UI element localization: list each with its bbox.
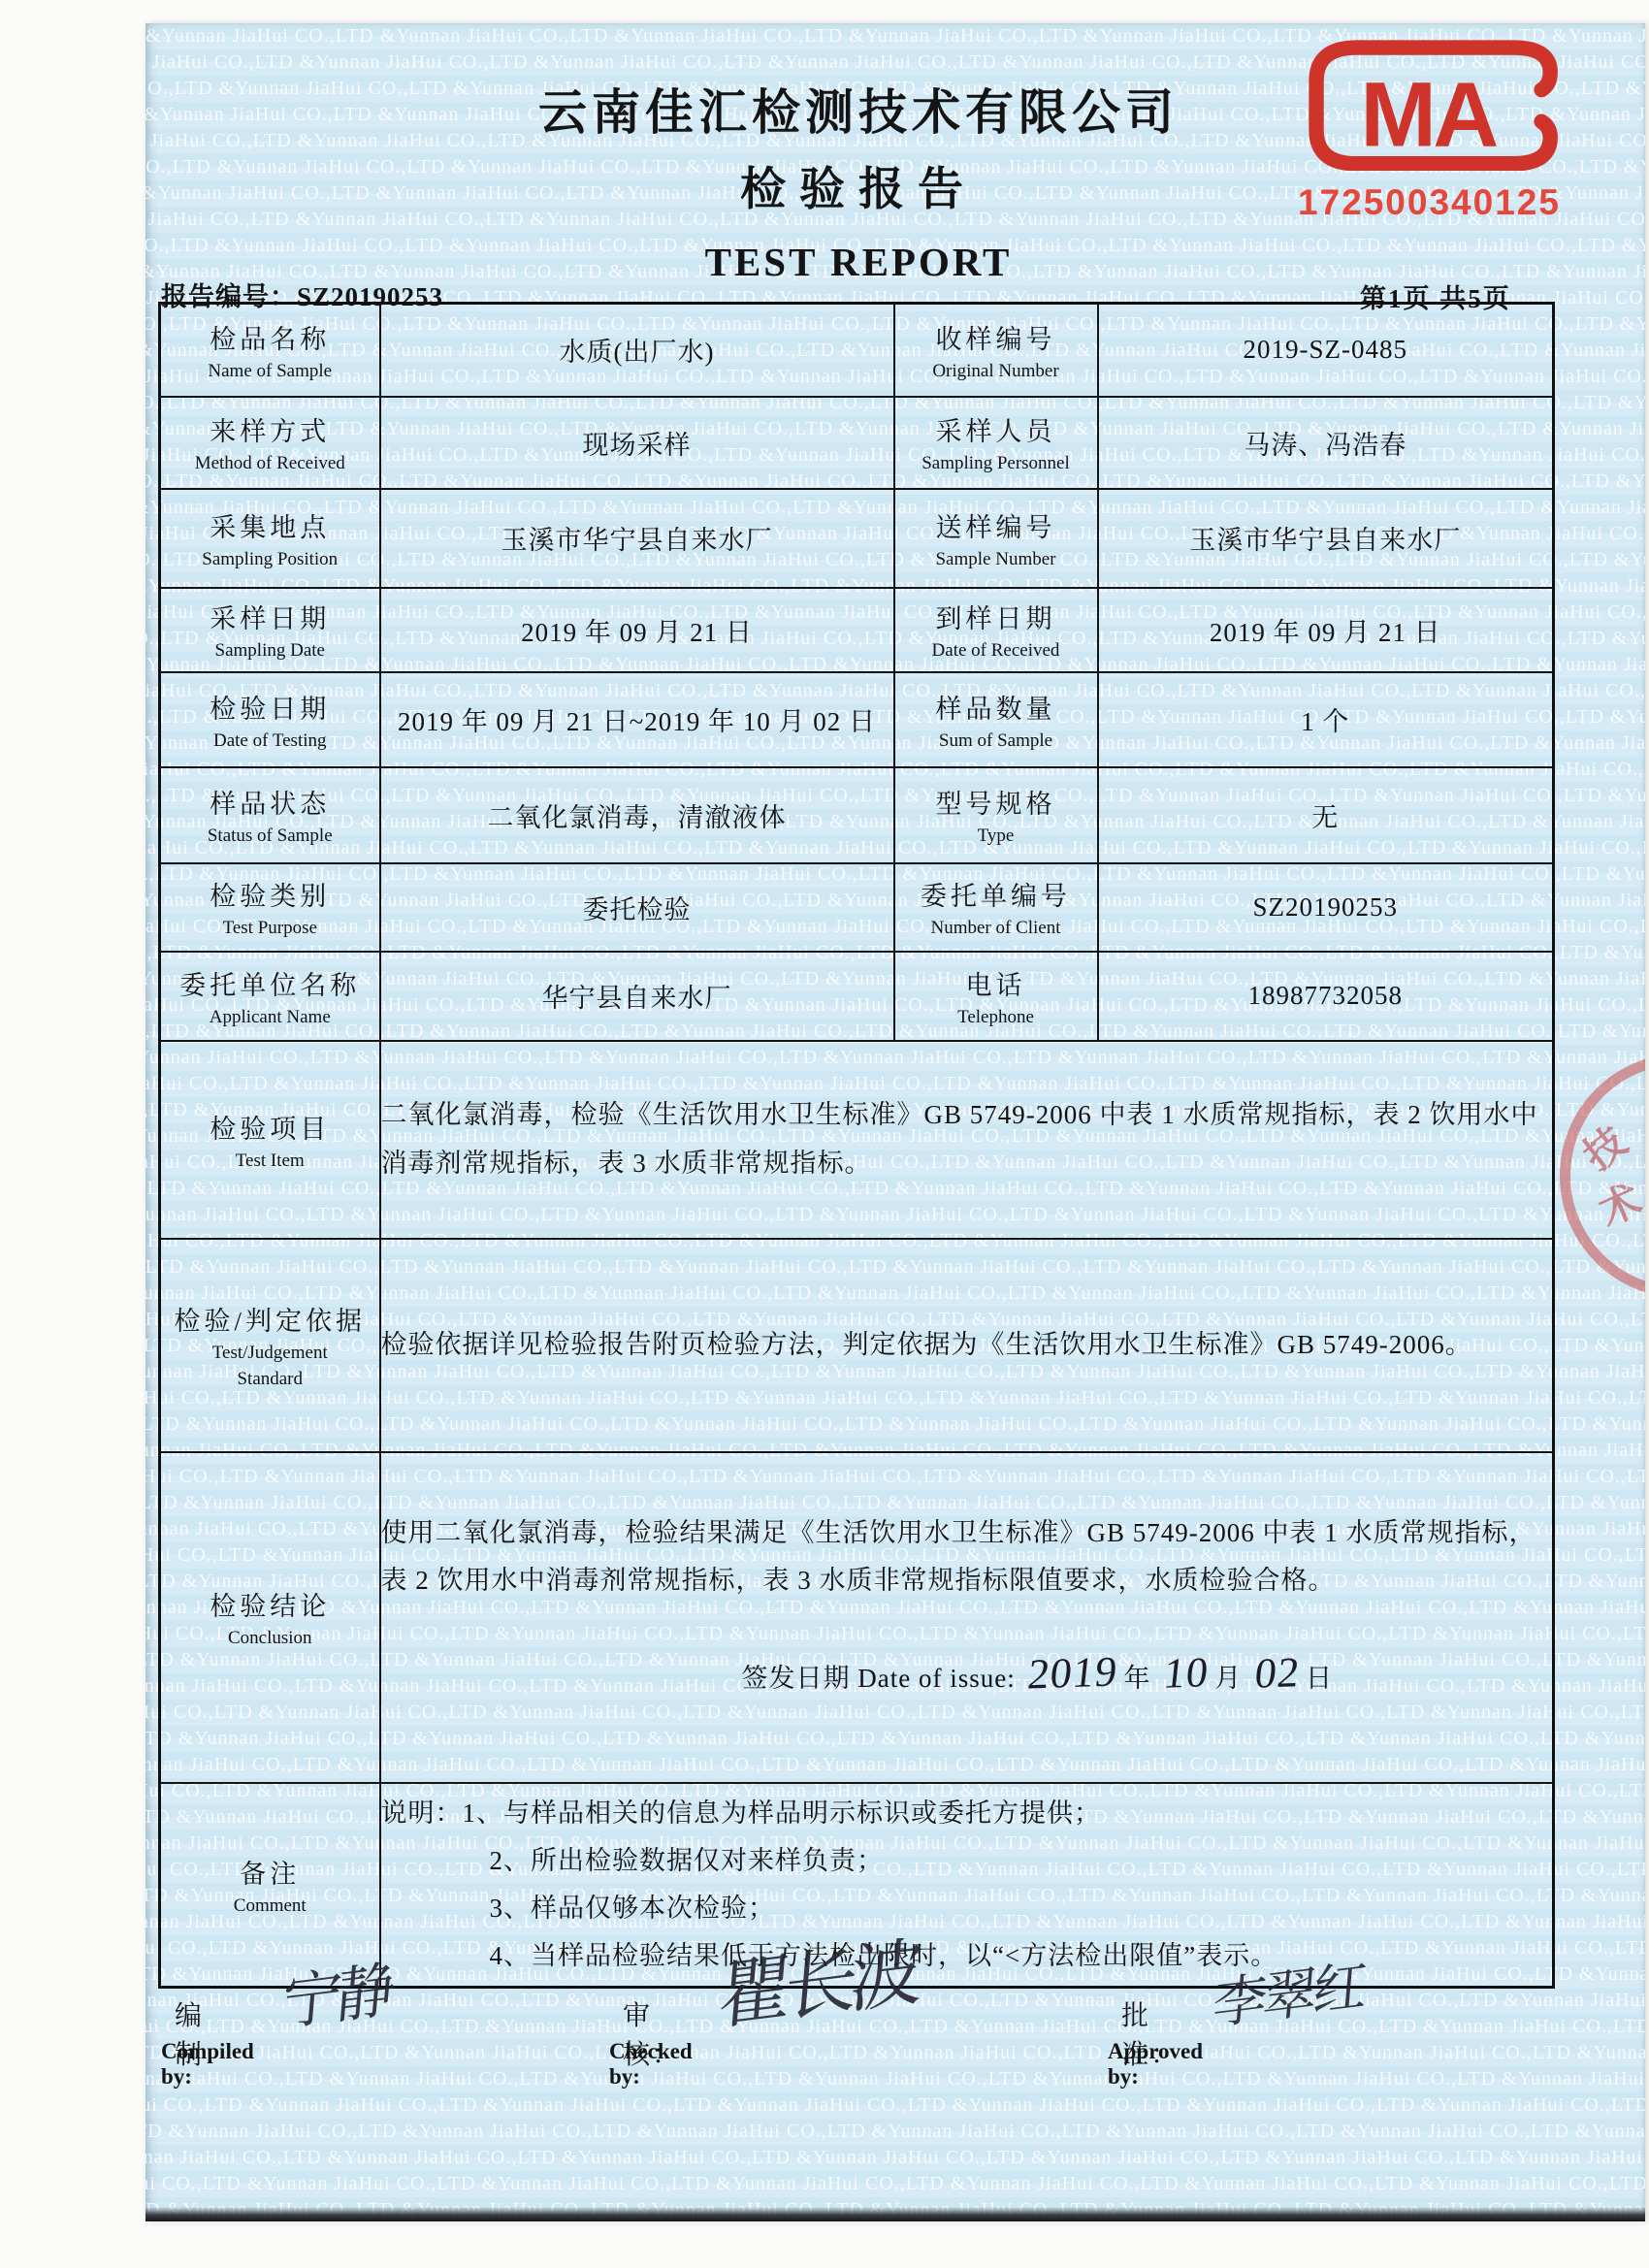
row-label-cn: 采集地点 [161, 506, 379, 544]
table-row: 检验日期Date of Testing 2019 年 09 月 21 日~201… [160, 672, 1554, 767]
table-row: 样品状态Status of Sample 二氧化氯消毒，清澈液体 型号规格Typ… [160, 767, 1554, 863]
report-page: &Yunnan JiaHui CO.,LTD &Yunnan JiaHui CO… [145, 23, 1645, 2221]
row-label2-cn: 委托单编号 [895, 875, 1097, 913]
row-label2-cn: 电话 [895, 964, 1097, 1002]
row-label2-cn: 送样编号 [895, 506, 1097, 544]
row-value: 玉溪市华宁县自来水厂 [380, 489, 894, 588]
row-label2-cn: 型号规格 [895, 783, 1097, 821]
month-unit: 月 [1214, 1664, 1242, 1693]
test-item-text: 二氧化氯消毒，检验《生活饮用水卫生标准》GB 5749-2006 中表 1 水质… [380, 1041, 1554, 1239]
row-label-en: Date of Testing [161, 730, 379, 752]
row-label-en: Method of Received [161, 453, 379, 474]
row-label-cn: 委托单位名称 [161, 964, 379, 1002]
table-row: 检验类别Test Purpose 委托检验 委托单编号Number of Cli… [160, 863, 1554, 952]
row-label-en: Applicant Name [161, 1007, 379, 1028]
row-label2-cn: 采样人员 [895, 410, 1097, 448]
row-label-cn: 检验/判定依据 [161, 1300, 379, 1338]
comment-note-2: 2、所出检验数据仅对来样负责； [381, 1837, 1553, 1885]
approved-by-signature: 李翠红 [1211, 1960, 1366, 2033]
cma-ma-text: MA [1360, 64, 1497, 166]
row-label2-en: Type [895, 826, 1097, 847]
row-label-cn: 来样方式 [161, 410, 379, 448]
table-row-conclusion: 检验结论Conclusion 使用二氧化氯消毒，检验结果满足《生活饮用水卫生标准… [160, 1452, 1554, 1783]
comment-note-3: 3、样品仅够本次检验； [381, 1885, 1553, 1932]
table-row-standard: 检验/判定依据Test/JudgementStandard 检验依据详见检验报告… [160, 1239, 1554, 1452]
row-value2: 18987732058 [1098, 952, 1554, 1041]
table-row: 检品名称Name of Sample 水质(出厂水) 收样编号Original … [160, 304, 1554, 397]
row-label-cn: 检品名称 [161, 318, 379, 356]
report-table: 检品名称Name of Sample 水质(出厂水) 收样编号Original … [158, 302, 1555, 1989]
row-label-en: Test/Judgement [161, 1343, 379, 1364]
row-label-en: Test Purpose [161, 918, 379, 939]
row-label-en: Status of Sample [161, 826, 379, 847]
compiled-by-signature: 宁静 [279, 1960, 393, 2035]
row-value2: 玉溪市华宁县自来水厂 [1098, 489, 1554, 588]
scanned-test-report: &Yunnan JiaHui CO.,LTD &Yunnan JiaHui CO… [0, 0, 1649, 2268]
row-label2-cn: 到样日期 [895, 598, 1097, 635]
issue-year-handwritten: 2019 [1026, 1651, 1120, 1697]
issue-month-handwritten: 10 [1162, 1652, 1212, 1697]
row-value2: 2019-SZ-0485 [1098, 304, 1554, 397]
row-label-en: Conclusion [161, 1628, 379, 1649]
compiled-by-label-en: Compiled by: [161, 2039, 254, 2090]
row-value2: 2019 年 09 月 21 日 [1098, 588, 1554, 672]
signature-row: 编制： Compiled by: 宁静 审核： Checked by: 瞿长波 … [145, 1967, 1645, 2171]
row-label-en: Name of Sample [161, 361, 379, 382]
row-label-cn: 检验日期 [161, 688, 379, 726]
row-label-en2: Standard [161, 1369, 379, 1390]
row-label-cn: 检验结论 [161, 1585, 379, 1623]
row-value: 委托检验 [380, 863, 894, 952]
row-value2: 无 [1098, 767, 1554, 863]
day-unit: 日 [1306, 1664, 1333, 1693]
comment-note-1: 说明：1、与样品相关的信息为样品明示标识或委托方提供； [381, 1790, 1553, 1837]
row-label-en: Comment [161, 1895, 379, 1917]
row-label2-en: Original Number [895, 361, 1097, 382]
row-label-cn: 检验类别 [161, 875, 379, 913]
row-value2: 马涛、冯浩春 [1098, 397, 1554, 489]
row-value: 水质(出厂水) [380, 304, 894, 397]
issue-date-label: 签发日期 Date of issue: [742, 1664, 1016, 1693]
table-row: 采集地点Sampling Position 玉溪市华宁县自来水厂 送样编号Sam… [160, 489, 1554, 588]
issue-day-handwritten: 02 [1253, 1652, 1303, 1697]
row-value2: SZ20190253 [1098, 863, 1554, 952]
row-value2: 1 个 [1098, 672, 1554, 767]
row-label-en: Test Item [161, 1150, 379, 1172]
cma-certificate-number: 172500340125 [1298, 182, 1561, 223]
row-label2-en: Telephone [895, 1007, 1097, 1028]
row-label2-en: Sum of Sample [895, 730, 1097, 752]
row-value: 2019 年 09 月 21 日~2019 年 10 月 02 日 [380, 672, 894, 767]
row-label2-cn: 样品数量 [895, 688, 1097, 726]
row-label2-cn: 收样编号 [895, 318, 1097, 356]
table-row-test-item: 检验项目Test Item 二氧化氯消毒，检验《生活饮用水卫生标准》GB 574… [160, 1041, 1554, 1239]
row-label-cn: 采样日期 [161, 598, 379, 635]
table-row: 委托单位名称Applicant Name 华宁县自来水厂 电话Telephone… [160, 952, 1554, 1041]
row-label2-en: Sampling Personnel [895, 453, 1097, 474]
conclusion-text: 使用二氧化氯消毒，检验结果满足《生活饮用水卫生标准》GB 5749-2006 中… [381, 1509, 1553, 1606]
row-label-cn: 备注 [161, 1853, 379, 1891]
approved-by-label-en: Approved by: [1108, 2039, 1203, 2090]
judgement-standard-text: 检验依据详见检验报告附页检验方法，判定依据为《生活饮用水卫生标准》GB 5749… [380, 1239, 1554, 1452]
row-value: 现场采样 [380, 397, 894, 489]
checked-by-label-en: Checked by: [609, 2039, 693, 2090]
row-value: 华宁县自来水厂 [380, 952, 894, 1041]
row-label-cn: 样品状态 [161, 783, 379, 821]
row-label-en: Sampling Position [161, 549, 379, 570]
cma-logo-icon: MA [1293, 39, 1567, 171]
row-value: 二氧化氯消毒，清澈液体 [380, 767, 894, 863]
row-label2-en: Date of Received [895, 640, 1097, 662]
row-label2-en: Sample Number [895, 549, 1097, 570]
row-label2-en: Number of Client [895, 918, 1097, 939]
year-unit: 年 [1123, 1664, 1150, 1693]
table-row: 来样方式Method of Received 现场采样 采样人员Sampling… [160, 397, 1554, 489]
table-row: 采样日期Sampling Date 2019 年 09 月 21 日 到样日期D… [160, 588, 1554, 672]
issue-date-line: 签发日期 Date of issue: 2019年 10月 02日 [742, 1652, 1553, 1703]
row-label-en: Sampling Date [161, 640, 379, 662]
row-label-cn: 检验项目 [161, 1108, 379, 1146]
row-value: 2019 年 09 月 21 日 [380, 588, 894, 672]
